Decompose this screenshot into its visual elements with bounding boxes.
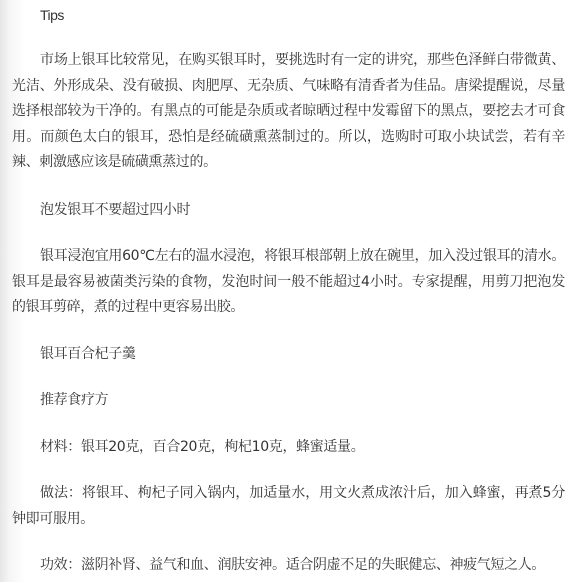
paragraph-soaking: 银耳浸泡宜用60℃左右的温水浸泡，将银耳根部朝上放在碗里，加入没过银耳的清水。银… bbox=[12, 244, 565, 321]
tips-label: Tips bbox=[12, 3, 565, 28]
section-heading-recipe: 银耳百合杞子羹 bbox=[12, 342, 565, 368]
paragraph-ingredients: 材料：银耳20克，百合20克，枸杞10克，蜂蜜适量。 bbox=[12, 435, 565, 461]
article-body: Tips 市场上银耳比较常见，在购买银耳时，要挑选时有一定的讲究，那些色泽鲜白带… bbox=[12, 0, 565, 579]
section-heading-soaking: 泡发银耳不要超过四小时 bbox=[12, 198, 565, 224]
paragraph-buying-tips: 市场上银耳比较常见，在购买银耳时，要挑选时有一定的讲究，那些色泽鲜白带微黄、光洁… bbox=[12, 48, 565, 176]
section-heading-therapy: 推荐食疗方 bbox=[12, 388, 565, 414]
paragraph-method: 做法：将银耳、枸杞子同入锅内，加适量水，用文火煮成浓汁后，加入蜂蜜，再煮5分钟即… bbox=[12, 481, 565, 532]
paragraph-effects: 功效：滋阴补肾、益气和血、润肤安神。适合阴虚不足的失眠健忘、神疲气短之人。 bbox=[12, 553, 565, 579]
